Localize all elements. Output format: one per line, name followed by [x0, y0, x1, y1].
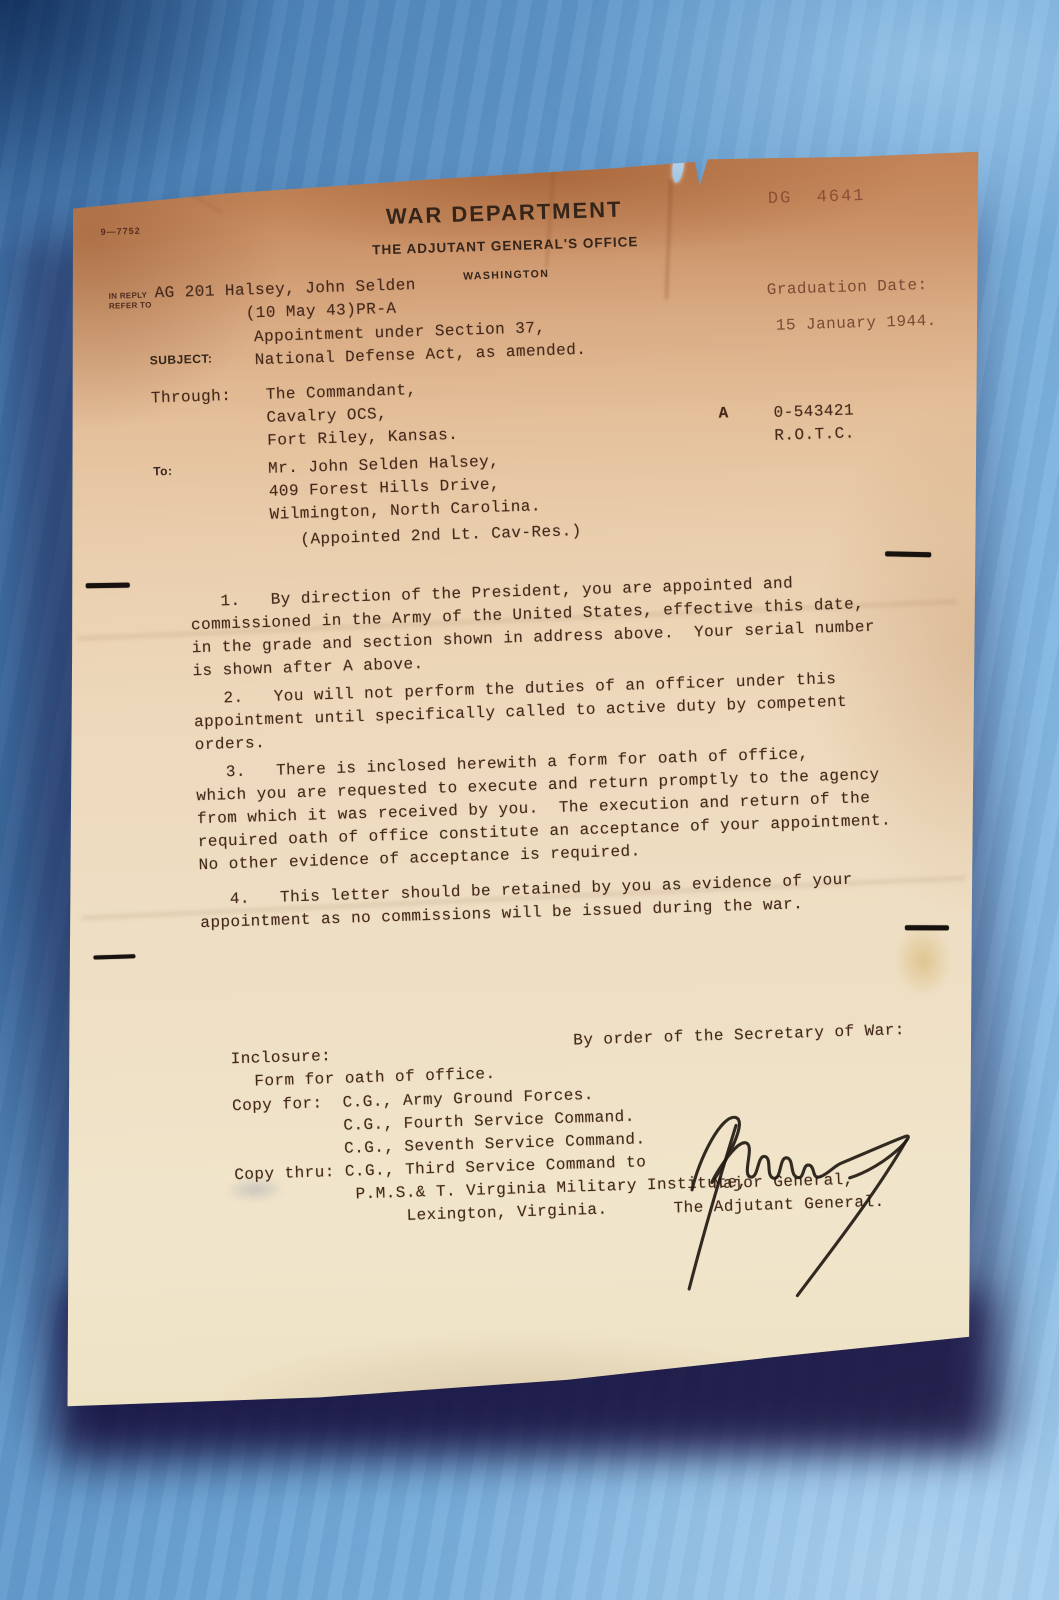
registration-mark: [93, 954, 135, 959]
paragraph-4: 4. This letter should be retained by you…: [199, 869, 853, 935]
appointment-note: (Appointed 2nd Lt. Cav-Res.): [300, 520, 582, 552]
paragraph-3: 3. There is inclosed herewith a form for…: [195, 740, 892, 877]
paragraph-1: 1. By direction of the President, you ar…: [190, 570, 876, 683]
signature-scrawl: [647, 1087, 954, 1314]
subject-text: Appointment under Section 37, National D…: [254, 316, 587, 372]
graduation-date-value: 15 January 1944.: [776, 310, 937, 338]
by-order-line: By order of the Secretary of War:: [573, 1019, 905, 1052]
photo-background: 9—7752 DG 4641 WAR DEPARTMENT THE ADJUTA…: [0, 0, 1059, 1600]
registration-mark: [905, 925, 949, 930]
tear-mark: [671, 146, 686, 183]
through-text: The Commandant, Cavalry OCS, Fort Riley,…: [265, 378, 458, 453]
in-reply-label: IN REPLY REFER TO: [109, 290, 152, 311]
graduation-date-label: Graduation Date:: [766, 274, 927, 302]
signature-main-stroke: [690, 1112, 910, 1190]
inclosure-label: Inclosure:: [230, 1045, 331, 1071]
through-label: Through:: [151, 385, 232, 411]
registration-mark: [885, 551, 931, 557]
to-label: To:: [153, 464, 173, 479]
crease-line: [144, 166, 223, 214]
subject-label: SUBJECT:: [149, 352, 212, 368]
to-address: Mr. John Selden Halsey, 409 Forest Hills…: [268, 449, 541, 526]
stain-mark: [893, 923, 953, 999]
signature-flourish-stroke: [793, 1140, 912, 1296]
registration-mark: [86, 583, 130, 589]
serial-number: 0-543421 R.O.T.C.: [773, 399, 855, 448]
letter-content: 9—7752 DG 4641 WAR DEPARTMENT THE ADJUTA…: [42, 134, 1001, 1424]
designation-letter: A: [718, 402, 729, 425]
reference-number: AG 201 Halsey, John Selden (10 May 43)PR…: [154, 274, 417, 328]
document-paper: 9—7752 DG 4641 WAR DEPARTMENT THE ADJUTA…: [62, 148, 982, 1410]
